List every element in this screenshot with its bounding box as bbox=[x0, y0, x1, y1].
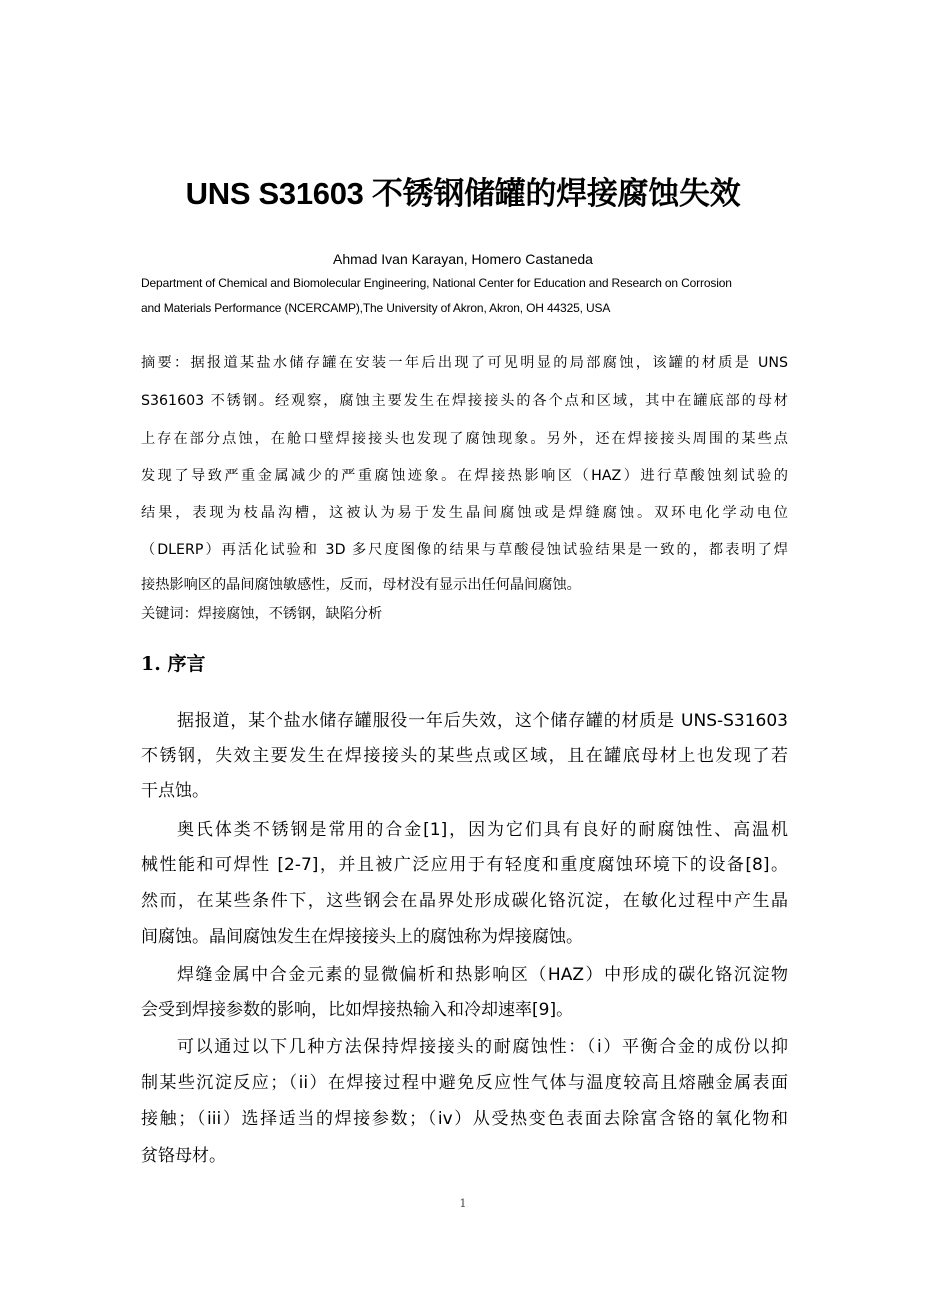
keywords: 关键词：焊接腐蚀，不锈钢，缺陷分析 bbox=[141, 603, 382, 623]
affiliation-line: Department of Chemical and Biomolecular … bbox=[141, 276, 791, 290]
abstract-line: 接热影响区的晶间腐蚀敏感性，反而，母材没有显示出任何晶间腐蚀。 bbox=[141, 574, 788, 594]
abstract-line: S361603 不锈钢。经观察，腐蚀主要发生在焊接接头的各个点和区域，其中在罐底… bbox=[141, 390, 788, 410]
body-line: 贫铬母材。 bbox=[141, 1141, 788, 1166]
author-list: Ahmad Ivan Karayan, Homero Castaneda bbox=[0, 251, 926, 267]
affiliation-line: and Materials Performance (NCERCAMP),The… bbox=[141, 301, 791, 315]
body-line: 可以通过以下几种方法保持焊接接头的耐腐蚀性：（i）平衡合金的成份以抑 bbox=[177, 1032, 788, 1057]
body-line: 械性能和可焊性 [2-7]，并且被广泛应用于有轻度和重度腐蚀环境下的设备[8]。 bbox=[141, 850, 788, 875]
paper-title: UNS S31603 不锈钢储罐的焊接腐蚀失效 bbox=[0, 168, 926, 213]
body-line: 间腐蚀。晶间腐蚀发生在焊接接头上的腐蚀称为焊接腐蚀。 bbox=[141, 922, 788, 947]
abstract-line: 上存在部分点蚀，在舱口壁焊接接头也发现了腐蚀现象。另外，还在焊接接头周围的某些点 bbox=[141, 428, 788, 448]
body-line: 据报道，某个盐水储存罐服役一年后失效，这个储存罐的材质是 UNS-S31603 bbox=[177, 706, 788, 731]
body-line: 干点蚀。 bbox=[141, 776, 788, 801]
page-number: 1 bbox=[0, 1197, 926, 1210]
abstract-line: （DLERP）再活化试验和 3D 多尺度图像的结果与草酸侵蚀试验结果是一致的，都… bbox=[141, 539, 788, 559]
abstract-line: 结果，表现为枝晶沟槽，这被认为易于发生晶间腐蚀或是焊缝腐蚀。双环电化学动电位 bbox=[141, 502, 788, 522]
section-heading: 1. 序言 bbox=[141, 649, 205, 676]
abstract-line: 摘要：据报道某盐水储存罐在安装一年后出现了可见明显的局部腐蚀，该罐的材质是 UN… bbox=[141, 352, 788, 372]
body-line: 奥氏体类不锈钢是常用的合金[1]，因为它们具有良好的耐腐蚀性、高温机 bbox=[177, 815, 788, 840]
body-line: 不锈钢，失效主要发生在焊接接头的某些点或区域，且在罐底母材上也发现了若 bbox=[141, 741, 788, 766]
body-line: 制某些沉淀反应；（ii）在焊接过程中避免反应性气体与温度较高且熔融金属表面 bbox=[141, 1068, 788, 1093]
abstract-line: 发现了导致严重金属减少的严重腐蚀迹象。在焊接热影响区（HAZ）进行草酸蚀刻试验的 bbox=[141, 465, 788, 485]
body-line: 然而，在某些条件下，这些钢会在晶界处形成碳化铬沉淀，在敏化过程中产生晶 bbox=[141, 886, 788, 911]
body-line: 会受到焊接参数的影响，比如焊接热输入和冷却速率[9]。 bbox=[141, 995, 788, 1020]
body-line: 焊缝金属中合金元素的显微偏析和热影响区（HAZ）中形成的碳化铬沉淀物 bbox=[177, 960, 788, 985]
body-line: 接触；（iii）选择适当的焊接参数；（iv）从受热变色表面去除富含铬的氧化物和 bbox=[141, 1104, 788, 1129]
